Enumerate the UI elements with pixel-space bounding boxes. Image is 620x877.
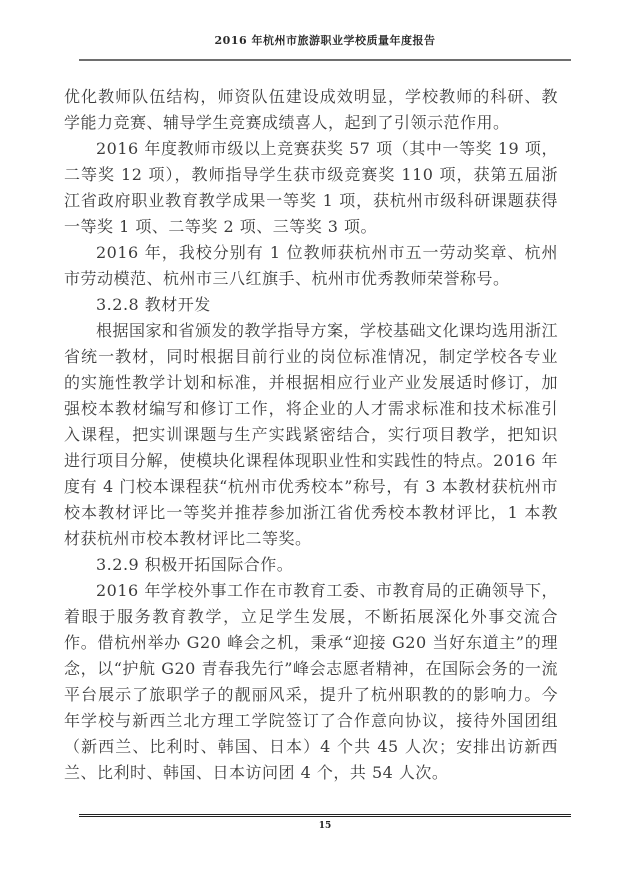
paragraph-list: 优化教师队伍结构，师资队伍建设成效明显，学校教师的科研、教学能力竞赛、辅导学生竞… <box>64 84 558 786</box>
footer-rule <box>79 814 571 817</box>
paragraph: 根据国家和省颁发的教学指导方案，学校基础文化课均选用浙江省统一教材，同时根据目前… <box>64 318 558 552</box>
paragraph: 2016 年度教师市级以上竞赛获奖 57 项（其中一等奖 19 项，二等奖 12… <box>64 136 558 240</box>
section-heading: 3.2.9 积极开拓国际合作。 <box>64 552 558 578</box>
section-heading: 3.2.8 教材开发 <box>64 292 558 318</box>
header-title: 2016 年杭州市旅游职业学校质量年度报告 <box>79 34 571 48</box>
page-number: 15 <box>79 820 571 832</box>
header-rule <box>79 59 571 61</box>
document-page: 2016 年杭州市旅游职业学校质量年度报告 优化教师队伍结构，师资队伍建设成效明… <box>0 0 620 877</box>
paragraph: 2016 年，我校分别有 1 位教师获杭州市五一劳动奖章、杭州市劳动模范、杭州市… <box>64 240 558 292</box>
paragraph: 优化教师队伍结构，师资队伍建设成效明显，学校教师的科研、教学能力竞赛、辅导学生竞… <box>64 84 558 136</box>
paragraph: 2016 年学校外事工作在市教育工委、市教育局的正确领导下，着眼于服务教育教学，… <box>64 578 558 786</box>
